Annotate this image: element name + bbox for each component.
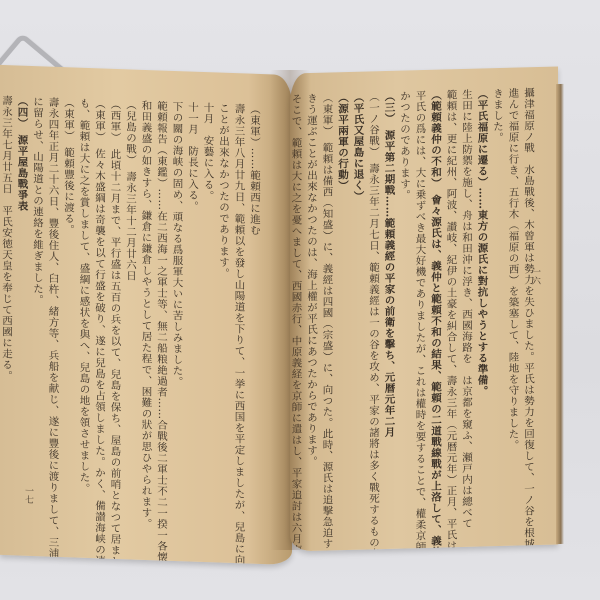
section-heading: （平氏又屋島に退く） (350, 92, 366, 532)
text-line: 生田に陸上防禦を施し、舟は和田沖に浮き、西國海路を は京都を窺ふ、瀬戸内は總べて (459, 89, 475, 529)
text-line: （東軍） 範頼は備西（知盛）に、義經は四國（宗盛）に、向つた。此時、源氏は追撃急… (319, 92, 335, 532)
section-heading: （範頼義仲の不和） 會々源氏は、義仲と範頼不和の結果、範頼の二道戰線戰が上洛して… (428, 90, 444, 530)
photo-scene: （東軍）……範頼西に進む 壽永三年八月廿九日、範頼以を發し山陽道を下りて、一挙に… (0, 0, 600, 600)
section-heading: （四） 源平屋島戰爭表 (14, 95, 30, 536)
text-line: 壽永三年七月廿五日 平氏安徳天皇を奉じて西國に走る。 (0, 95, 14, 536)
text-line: きました。 (490, 88, 506, 528)
text-line: 壽永四年正月二十六日、豐後住人、臼杵、緒方等、兵船を献じ、遂に豐後に渡りまして、… (45, 96, 61, 537)
text-line: （東軍） 佐々木盛綱は奇襲を以て行盛を破り、遂に兒島を占領しました。かく、備讃海… (92, 98, 108, 539)
left-page-text: （東軍）……範頼西に進む 壽永三年八月廿九日、範頼以を發し山陽道を下りて、一挙に… (0, 94, 262, 544)
section-heading: （源平兩軍の行動） (335, 92, 351, 532)
text-line: 十一月 防長に入る。 (185, 101, 201, 542)
left-page: （東軍）……範頼西に進む 壽永三年八月廿九日、範頼以を發し山陽道を下りて、一挙に… (0, 65, 292, 565)
text-line: 攝津福原ノ戰 水島戰後、木曾軍は勢力を失ひました。平氏は勢力を回復して、一ノ谷を… (521, 87, 537, 527)
text-line: 十月 安藝に入る。 (200, 102, 216, 543)
text-line: 範頼報告（東鑑）……在二西海一之軍士等、無二船粮絶過者……合戰後二軍士不二一揆一… (154, 100, 170, 541)
text-line: 壽永三年八月廿九日、範頼以を發し山陽道を下りて、一挙に西国を平定しましたが、兒島… (231, 103, 247, 544)
text-line: （東軍）……範頼西に進む (247, 104, 263, 545)
text-line: （西軍） 此頃十二月まで、平行盛は五百の兵を以て、兒島を保ち、屋島の前哨となつて… (107, 99, 123, 540)
text-line: かつたのであります。 (397, 90, 413, 530)
page-stack-edge (556, 84, 564, 544)
right-page-number: 一六 (529, 267, 542, 285)
text-line: （兒島の戰） 壽永三年十二月廿六日 (123, 99, 139, 540)
text-line: ことが出來なかつたのであります。 (216, 102, 232, 543)
text-line: 平氏の爲には、大に乗ずべき最大好機でありましたが、これは權時を要することで、權柔… (412, 90, 428, 530)
section-heading: （三） 源平第二期戰……範頼義經の平家の前衛を擊ち、元暦元年二月 (381, 91, 397, 531)
right-page: 攝津福原ノ戰 水島戰後、木曾軍は勢力を失ひました。平氏は勢力を回復して、一ノ谷を… (290, 66, 558, 551)
text-line: 範頼は、更に紀州、阿波、讃岐、紀伊の土豪を糾合して、壽永三年（元暦元年）正月、平… (443, 89, 459, 529)
text-line: 下の關の海峡の固め、頑なる爲服軍大いに苦しみました。 (169, 101, 185, 542)
text-line: 和田義盛の如きすら、鎌倉に鎌倉しやうとして居た程で、困難の狀が思ひやられます。 (138, 100, 154, 541)
text-line: きう運ぶことが出來なかつたのは、海上權が平氏にあつたからであります。 (304, 93, 320, 533)
text-line: に留らせ、山陽道との連絡を維ぎました。 (30, 96, 46, 537)
section-heading: （平氏福原に遷る）……東方の源氏に對抗しやうとする準備。 (474, 88, 490, 528)
text-line: （一ノ谷戰） 壽永三年二月七日、範頼義經は一の谷を攻め、平家の諸將は多く戰死する… (366, 91, 382, 531)
left-page-number: 一七 (22, 486, 35, 504)
text-line: そこで、範頼は大に之を憂へまして、西國赤行、中原義経を京師に遣はし、平家追討は六… (290, 93, 304, 533)
text-line: 進んで福原に行き、五行木（福原の西）を築塞して、陸地を守りました。 (505, 87, 521, 527)
text-line: （東軍） 範頼豐後に渡る。 (61, 97, 77, 538)
right-page-text: 攝津福原ノ戰 水島戰後、木曾軍は勢力を失ひました。平氏は勢力を回復して、一ノ谷を… (290, 87, 536, 534)
text-line: も、範頼は大に之を賞しまして、盛綱に感状を與へ、兒島の地を領させました。 (76, 98, 92, 539)
